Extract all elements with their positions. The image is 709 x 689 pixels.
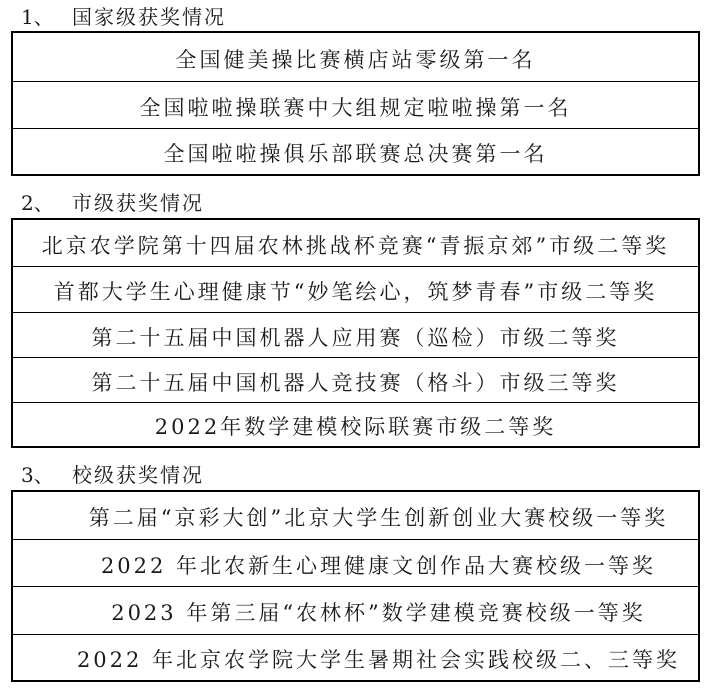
award-row: 2022 年北京农学院大学生暑期社会实践校级二、三等奖 — [13, 634, 698, 680]
award-row: 北京农学院第十四届农林挑战杯竞赛“青振京郊”市级二等奖 — [13, 220, 698, 266]
award-row: 全国健美操比赛横店站零级第一名 — [13, 33, 698, 81]
award-row: 首都大学生心理健康节“妙笔绘心，筑梦青春”市级二等奖 — [13, 266, 698, 312]
section-number: 2、 — [21, 190, 72, 216]
municipal-awards-table: 北京农学院第十四届农林挑战杯竞赛“青振京郊”市级二等奖 首都大学生心理健康节“妙… — [11, 218, 700, 448]
section-number: 3、 — [21, 462, 72, 488]
award-text: 第二十五届中国机器人竞技赛（格斗）市级三等奖 — [92, 367, 620, 397]
award-text: 全国啦啦操联赛中大组规定啦啦操第一名 — [140, 92, 572, 122]
award-text: 全国啦啦操俱乐部联赛总决赛第一名 — [164, 138, 548, 168]
national-awards-table: 全国健美操比赛横店站零级第一名 全国啦啦操联赛中大组规定啦啦操第一名 全国啦啦操… — [11, 31, 700, 176]
award-row: 第二届“京彩大创”北京大学生创新创业大赛校级一等奖 — [13, 492, 698, 539]
award-row: 2023 年第三届“农林杯”数学建模竞赛校级一等奖 — [13, 586, 698, 634]
section-heading-municipal: 2、市级获奖情况 — [21, 190, 204, 216]
award-text: 首都大学生心理健康节“妙笔绘心，筑梦青春”市级二等奖 — [54, 276, 657, 306]
award-row: 2022年数学建模校际联赛市级二等奖 — [13, 402, 698, 446]
award-text: 2022 年北农新生心理健康文创作品大赛校级一等奖 — [101, 550, 656, 580]
award-text: 2022 年北京农学院大学生暑期社会实践校级二、三等奖 — [77, 644, 680, 674]
award-text: 全国健美操比赛横店站零级第一名 — [176, 44, 536, 74]
school-awards-table: 第二届“京彩大创”北京大学生创新创业大赛校级一等奖 2022 年北农新生心理健康… — [11, 490, 700, 682]
award-text: 第二届“京彩大创”北京大学生创新创业大赛校级一等奖 — [89, 502, 668, 532]
award-text: 2023 年第三届“农林杯”数学建模竞赛校级一等奖 — [111, 597, 646, 627]
award-row: 2022 年北农新生心理健康文创作品大赛校级一等奖 — [13, 539, 698, 586]
award-row: 第二十五届中国机器人应用赛（巡检）市级二等奖 — [13, 312, 698, 357]
award-text: 第二十五届中国机器人应用赛（巡检）市级二等奖 — [92, 322, 620, 352]
section-title: 校级获奖情况 — [72, 463, 204, 487]
award-text: 2022年数学建模校际联赛市级二等奖 — [155, 411, 556, 441]
section-title: 国家级获奖情况 — [72, 5, 226, 29]
section-heading-national: 1、国家级获奖情况 — [21, 4, 226, 30]
section-title: 市级获奖情况 — [72, 191, 204, 215]
award-row: 第二十五届中国机器人竞技赛（格斗）市级三等奖 — [13, 357, 698, 402]
award-text: 北京农学院第十四届农林挑战杯竞赛“青振京郊”市级二等奖 — [42, 230, 669, 260]
award-row: 全国啦啦操联赛中大组规定啦啦操第一名 — [13, 81, 698, 128]
section-number: 1、 — [21, 4, 72, 30]
section-heading-school: 3、校级获奖情况 — [21, 462, 204, 488]
award-row: 全国啦啦操俱乐部联赛总决赛第一名 — [13, 128, 698, 174]
